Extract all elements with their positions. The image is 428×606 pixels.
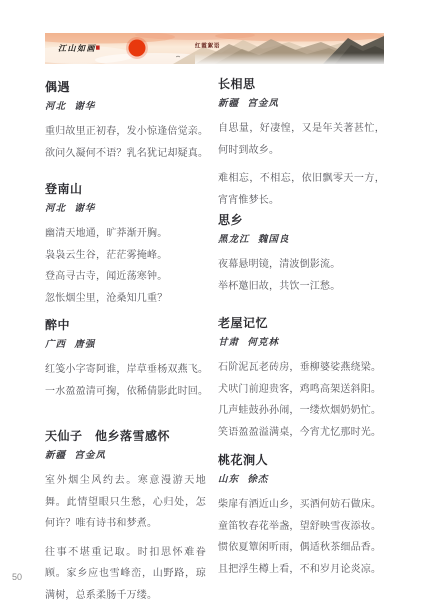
poem-title: 登南山 <box>45 182 206 197</box>
poem-body: 夜幕悬明镜，清波倒影流。举杯邀旧故，共饮一江愁。 <box>218 254 385 297</box>
poem: 老屋记忆 甘肃 何克林 石阶泥瓦老砖房，垂柳婆娑燕绕梁。犬吠门前迎贵客，鸡鸣高架… <box>218 316 385 443</box>
poem-body: 自思量，好凄惶，又是年关著甚忙，何时到故乡。难相忘，不相忘，依旧飘零天一方，宵宵… <box>218 118 385 211</box>
poem-title: 桃花涧人 <box>218 453 385 468</box>
poem-line: 笑语盈盈溢满桌，今宵尤忆那时光。 <box>218 422 385 444</box>
poem-title: 醉中 <box>45 318 206 333</box>
poem-author: 广西 唐强 <box>45 339 206 351</box>
poem-column-right: 长相思 新疆 宫金凤 自思量，好凄惶，又是年关著甚忙，何时到故乡。难相忘，不相忘… <box>218 0 385 600</box>
poem: 长相思 新疆 宫金凤 自思量，好凄惶，又是年关著甚忙，何时到故乡。难相忘，不相忘… <box>218 77 385 211</box>
poem-paragraph: 难相忘，不相忘，依旧飘零天一方，宵宵惟梦长。 <box>218 168 385 211</box>
poem-line: 幽清天地通，旷莽渐开胸。 <box>45 223 206 245</box>
poem: 桃花涧人 山东 徐杰 柴扉有酒近山乡，买酒何妨石做床。童笛牧春花举盏，望舒映雪夜… <box>218 453 385 580</box>
poem-author: 甘肃 何克林 <box>218 337 385 349</box>
poem-author: 山东 徐杰 <box>218 474 385 486</box>
poem-line: 欲问久凝何不语？乳名犹记却疑真。 <box>45 143 206 165</box>
poem-line: 举杯邀旧故，共饮一江愁。 <box>218 276 385 298</box>
poem-title: 长相思 <box>218 77 385 92</box>
poem: 醉中 广西 唐强 红笺小字寄阿谁，岸草垂杨双燕飞。一水盈盈清可掬，依稀倩影此时回… <box>45 318 206 402</box>
poem-title: 偶遇 <box>45 80 206 95</box>
poem-line: 几声蛙鼓孙孙闹，一缕炊烟奶奶忙。 <box>218 400 385 422</box>
poem-line: 红笺小字寄阿谁，岸草垂杨双燕飞。 <box>45 359 206 381</box>
poem-author: 黑龙江 魏国良 <box>218 234 385 246</box>
poem-line: 夜幕悬明镜，清波倒影流。 <box>218 254 385 276</box>
page-number: 50 <box>12 572 22 582</box>
poem-line: 石阶泥瓦老砖房，垂柳婆娑燕绕梁。 <box>218 357 385 379</box>
poem-body: 红笺小字寄阿谁，岸草垂杨双燕飞。一水盈盈清可掬，依稀倩影此时回。 <box>45 359 206 402</box>
poem: 思乡 黑龙江 魏国良 夜幕悬明镜，清波倒影流。举杯邀旧故，共饮一江愁。 <box>218 213 385 297</box>
poem: 天仙子 他乡落雪感怀 新疆 宫金凤 室外烟尘风约去。寒意漫游天地舞。此情望眼只生… <box>45 429 206 606</box>
poem-author: 河北 谢华 <box>45 101 206 113</box>
poem-title: 老屋记忆 <box>218 316 385 331</box>
poem-paragraph: 室外烟尘风约去。寒意漫游天地舞。此情望眼只生愁，心归处，怎何许？唯有诗书和梦煮。 <box>45 470 206 535</box>
poem-line: 一水盈盈清可掬，依稀倩影此时回。 <box>45 381 206 403</box>
poem-body: 重归故里正初春，发小惊逢倍觉亲。欲问久凝何不语？乳名犹记却疑真。 <box>45 121 206 164</box>
poem-body: 幽清天地通，旷莽渐开胸。袅袅云生谷，茫茫雾掩峰。登高寻古寺，闻近荡寒钟。忽怅烟尘… <box>45 223 206 309</box>
poem-title: 天仙子 他乡落雪感怀 <box>45 429 206 444</box>
poem-line: 登高寻古寺，闻近荡寒钟。 <box>45 266 206 288</box>
poem-author: 新疆 宫金凤 <box>45 450 206 462</box>
poem-body: 柴扉有酒近山乡，买酒何妨石做床。童笛牧春花举盏，望舒映雪夜添妆。惯依夏簟闲听雨，… <box>218 494 385 580</box>
poem-line: 袅袅云生谷，茫茫雾掩峰。 <box>45 245 206 267</box>
poem: 登南山 河北 谢华 幽清天地通，旷莽渐开胸。袅袅云生谷，茫茫雾掩峰。登高寻古寺，… <box>45 182 206 309</box>
poem-column-left: 偶遇 河北 谢华 重归故里正初春，发小惊逢倍觉亲。欲问久凝何不语？乳名犹记却疑真… <box>45 0 206 600</box>
poem-body: 石阶泥瓦老砖房，垂柳婆娑燕绕梁。犬吠门前迎贵客，鸡鸣高架送斜阳。几声蛙鼓孙孙闹，… <box>218 357 385 443</box>
poem-author: 河北 谢华 <box>45 203 206 215</box>
poem-line: 柴扉有酒近山乡，买酒何妨石做床。 <box>218 494 385 516</box>
poem-line: 童笛牧春花举盏，望舒映雪夜添妆。 <box>218 516 385 538</box>
poem-line: 且把浮生樽上看，不和岁月论炎凉。 <box>218 559 385 581</box>
poem-title: 思乡 <box>218 213 385 228</box>
poem-line: 惯依夏簟闲听雨，偶适秋茶细品香。 <box>218 537 385 559</box>
poem-paragraph: 自思量，好凄惶，又是年关著甚忙，何时到故乡。 <box>218 118 385 161</box>
poem-body: 室外烟尘风约去。寒意漫游天地舞。此情望眼只生愁，心归处，怎何许？唯有诗书和梦煮。… <box>45 470 206 606</box>
poem-line: 忽怅烟尘里，沧桑知几重？ <box>45 288 206 310</box>
poem-line: 犬吠门前迎贵客，鸡鸣高架送斜阳。 <box>218 379 385 401</box>
poem-author: 新疆 宫金凤 <box>218 98 385 110</box>
poem: 偶遇 河北 谢华 重归故里正初春，发小惊逢倍觉亲。欲问久凝何不语？乳名犹记却疑真… <box>45 80 206 164</box>
poem-line: 重归故里正初春，发小惊逢倍觉亲。 <box>45 121 206 143</box>
poem-paragraph: 往事不堪重记取。时扣思怀难眷顾。家乡应也雪峰峦，山野路，琼满树，总系柔肠千万缕。 <box>45 542 206 606</box>
